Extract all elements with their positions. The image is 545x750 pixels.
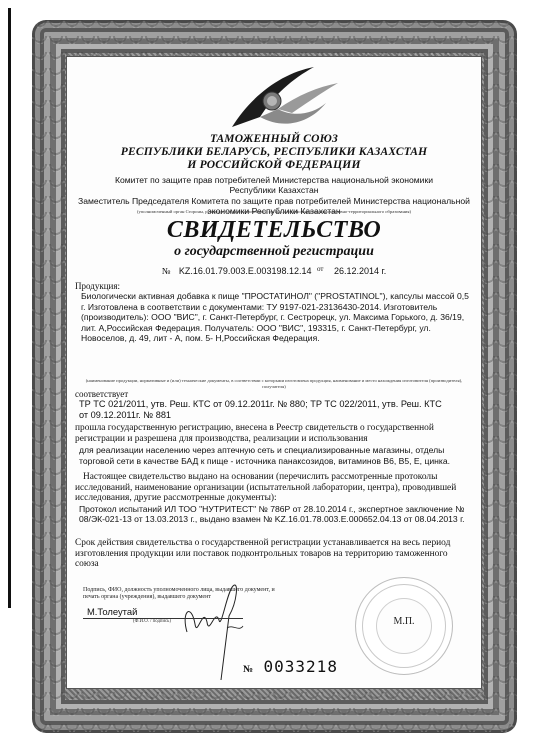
serial-sign: № — [243, 664, 253, 675]
authority-caption: (уполномоченный орган Стороны, руководит… — [67, 209, 481, 214]
registration-section: прошла государственную регистрацию, внес… — [67, 423, 481, 466]
official-stamp: М.П. — [355, 577, 453, 675]
signature-label: Подпись, ФИО, должность уполномоченного … — [83, 587, 283, 602]
customs-union-emblem-icon — [222, 65, 342, 133]
registration-text: прошла государственную регистрацию, внес… — [75, 423, 475, 444]
stamp-label: М.П. — [356, 616, 452, 627]
conformity-section: соответствует ТР ТС 021/2011, утв. Реш. … — [67, 390, 481, 420]
signature-section: Подпись, ФИО, должность уполномоченного … — [83, 587, 283, 624]
conformity-standards: ТР ТС 021/2011, утв. Реш. КТС от 09.12.2… — [75, 399, 473, 420]
certificate-number: KZ.16.01.79.003.E.003198.12.14 — [179, 266, 312, 276]
conformity-label: соответствует — [75, 390, 473, 399]
basis-text: Настоящее свидетельство выдано на основа… — [75, 472, 475, 504]
product-label: Продукция: — [75, 281, 475, 291]
certificate-page: ТАМОЖЕННЫЙ СОЮЗ РЕСПУБЛИКИ БЕЛАРУСЬ, РЕС… — [67, 57, 481, 688]
basis-section: Настоящее свидетельство выдано на основа… — [67, 472, 481, 525]
form-serial-number: № 0033218 — [243, 657, 338, 677]
number-sign: № — [162, 266, 171, 276]
union-line: И РОССИЙСКОЙ ФЕДЕРАЦИИ — [67, 159, 481, 172]
basis-documents: Протокол испытаний ИЛ ТОО "НУТРИТЕСТ" № … — [75, 504, 475, 525]
validity-text: Срок действия свидетельства о государств… — [67, 538, 481, 570]
certificate-subtitle: о государственной регистрации — [67, 244, 481, 260]
certificate-number-line: № KZ.16.01.79.003.E.003198.12.14 от 26.1… — [67, 265, 481, 276]
signature-caption: (Ф.И.О. / подпись) — [83, 619, 283, 624]
committee-name: Комитет по защите прав потребителей Мини… — [69, 175, 479, 196]
union-line: РЕСПУБЛИКИ БЕЛАРУСЬ, РЕСПУБЛИКИ КАЗАХСТА… — [67, 146, 481, 159]
registration-usage: для реализации населению через аптечную … — [75, 445, 475, 466]
certificate-title: СВИДЕТЕЛЬСТВО — [67, 217, 481, 244]
product-section: Продукция: Биологически активная добавка… — [67, 281, 481, 344]
product-caption: (наименование продукции, нормативные и (… — [67, 378, 481, 389]
certificate-date: 26.12.2014 г. — [334, 266, 386, 276]
customs-union-title: ТАМОЖЕННЫЙ СОЮЗ РЕСПУБЛИКИ БЕЛАРУСЬ, РЕС… — [67, 133, 481, 172]
union-line: ТАМОЖЕННЫЙ СОЮЗ — [67, 133, 481, 146]
serial-value: 0033218 — [264, 657, 338, 676]
product-description: Биологически активная добавка к пище "ПР… — [75, 291, 475, 344]
signer-name: М.Толеутай — [83, 606, 283, 617]
from-word: от — [317, 265, 323, 273]
scan-edge — [8, 8, 11, 608]
